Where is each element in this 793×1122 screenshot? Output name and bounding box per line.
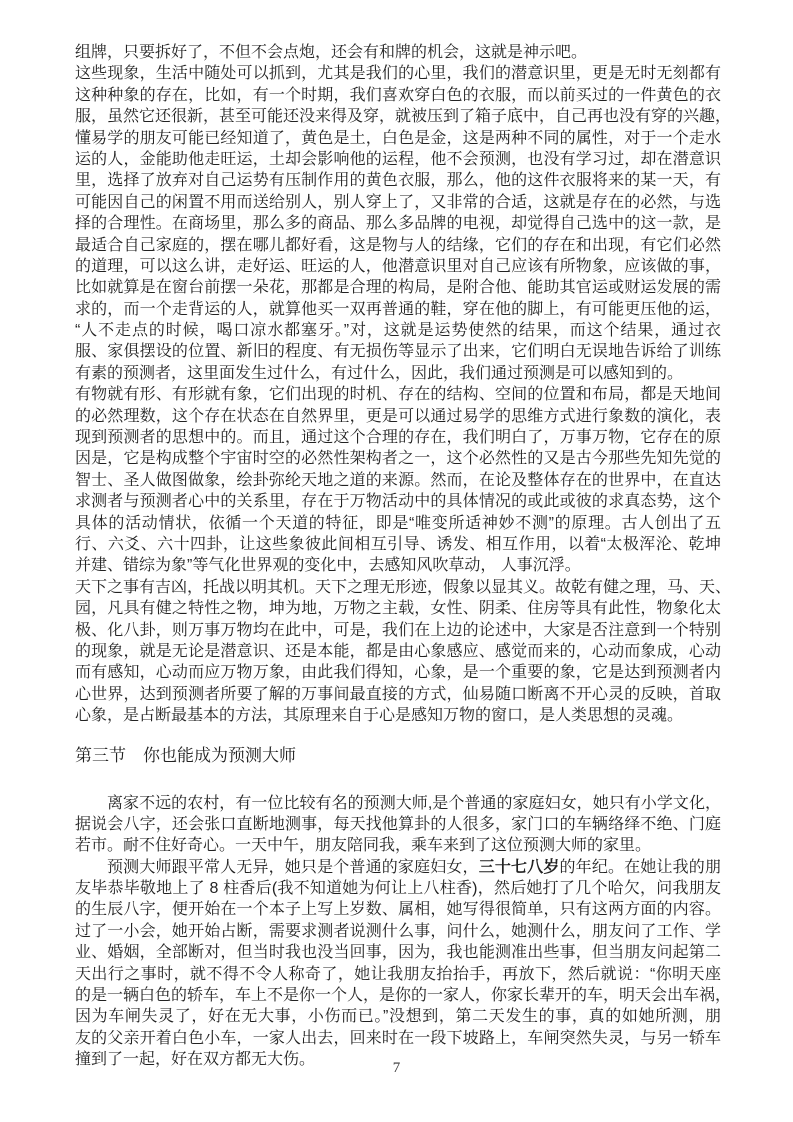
body-text-part2: 离家不远的农村，有一位比较有名的预测大师,是个普通的家庭妇女，她只有小学文化，据… <box>75 793 721 1071</box>
text-line: 若市。耐不住好奇心。一天中午，朋友陪同我，乘车来到了这位预测大师的家里。 <box>75 835 721 856</box>
text-segment: 预测大师跟平常人无异，她只是个普通的家庭妇女， <box>107 859 479 876</box>
text-line: 比如就算是在窗台前摆一朵花，那都是合理的构局，是附合他、能助其官运或财运发展的需 <box>75 277 721 298</box>
text-segment: 的年纪。在她让我的朋 <box>560 859 721 876</box>
text-line: 里，选择了放弃对自己运势有压制作用的黄色衣服，那么，他的这件衣服将来的某一天，有 <box>75 170 721 191</box>
text-line: 这种种象的存在，比如，有一个时期，我们喜欢穿白色的衣服，而以前买过的一件黄色的衣 <box>75 85 721 106</box>
text-line: 智士、圣人做图做象，绘卦弥纶天地之道的来源。然而，在论及整体存在的世界中，在直达 <box>75 470 721 491</box>
text-line: 运的人，金能助他走旺运，土却会影响他的运程，他不会预测，也没有学习过，却在潜意识 <box>75 149 721 170</box>
text-line: 行、六爻、六十四卦，让这些象彼此间相互引导、诱发、相互作用，以着“太极浑沦、乾坤 <box>75 534 721 555</box>
text-line: 的是一辆白色的轿车，车上不是你一个人，是你的一家人，你家长辈开的车，明天会出车祸… <box>75 985 721 1006</box>
body-text-part1: 组牌，只要拆好了，不但不会点炮，还会有和牌的机会，这就是神示吧。这些现象，生活中… <box>75 42 721 727</box>
text-line: 这些现象，生活中随处可以抓到，尤其是我们的心里，我们的潜意识里，更是无时无刻都有 <box>75 63 721 84</box>
text-line: 最适合自己家庭的，摆在哪儿都好看，这是物与人的结缘，它们的存在和出现，有它们必然 <box>75 235 721 256</box>
text-line: 的必然理数，这个存在状态在自然界里，更是可以通过易学的思维方式进行象数的演化，表 <box>75 406 721 427</box>
text-line: 可能因自己的闲置不用而送给别人，别人穿上了，又非常的合适，这就是存在的必然，与选 <box>75 192 721 213</box>
text-line: 心象，是占断最基本的方法，其原理来自于心是感知万物的窗口，是人类思想的灵魂。 <box>75 705 721 726</box>
text-line: 服，虽然它还很新，甚至可能还没来得及穿，就被压到了箱子底中，自己再也没有穿的兴趣… <box>75 106 721 127</box>
text-line: 有素的预测者，这里面发生过什么，有过什么，因此，我们通过预测是可以感知到的。 <box>75 363 721 384</box>
text-line: 园，凡具有健之特性之物，坤为地，万物之主载，女性、阴柔、住房等具有此性，物象化太 <box>75 598 721 619</box>
text-line: 心世界，达到预测者所要了解的万事间最直接的方式，仙易随口断离不开心灵的反映，首取 <box>75 684 721 705</box>
page-number: 7 <box>0 1060 793 1077</box>
text-line: 有物就有形、有形就有象，它们出现的时机、存在的结构、空间的位置和布局，都是天地间 <box>75 384 721 405</box>
text-line: 的生辰八字，便开始在一个本子上写上岁数、属相，她写得很简单，只有这两方面的内容。 <box>75 899 721 920</box>
text-line: 现到预测者的思想中的。而且，通过这个合理的存在，我们明白了，万事万物，它存在的原 <box>75 427 721 448</box>
text-line: 因是，它是构成整个宇宙时空的必然性架构者之一，这个必然性的又是古今那些先知先觉的 <box>75 448 721 469</box>
section-heading: 第三节 你也能成为预测大师 <box>75 743 721 769</box>
text-line: 据说会八字，还会张口直断地测事，每天找他算卦的人很多，家门口的车辆络绎不绝、门庭 <box>75 814 721 835</box>
text-line: 组牌，只要拆好了，不但不会点炮，还会有和牌的机会，这就是神示吧。 <box>75 42 721 63</box>
text-flow: 组牌，只要拆好了，不但不会点炮，还会有和牌的机会，这就是神示吧。这些现象，生活中… <box>75 42 721 1071</box>
text-line: 极、化八卦，则万事万物均在此中，可是，我们在上边的论述中，大家是否注意到一个特别 <box>75 620 721 641</box>
text-line: 懂易学的朋友可能已经知道了，黄色是土，白色是金，这是两种不同的属性，对于一个走水 <box>75 128 721 149</box>
text-line: 择的合理性。在商场里，那么多的商品、那么多品牌的电视，却觉得自己选中的这一款，是 <box>75 213 721 234</box>
text-line: 天出行之事时，就不得不令人称奇了，她让我朋友抬抬手，再放下，然后就说：“你明天座 <box>75 964 721 985</box>
text-line: 离家不远的农村，有一位比较有名的预测大师,是个普通的家庭妇女，她只有小学文化， <box>75 793 721 814</box>
text-line: 具体的活动情状，依循一个天道的特征，即是“唯变所适神妙不测”的原理。古人创出了五 <box>75 513 721 534</box>
text-line: 求的，而一个走背运的人，就算他买一双再普通的鞋，穿在他的脚上，有可能更压他的运， <box>75 299 721 320</box>
text-line: 过了一小会，她开始占断，需要求测者说测什么事，问什么，她测什么，朋友问了工作、学 <box>75 921 721 942</box>
bold-text: 三十七八岁 <box>479 859 560 876</box>
text-line: 的道理，可以这么讲，走好运、旺运的人，他潜意识里对自己应该有所物象，应该做的事， <box>75 256 721 277</box>
document-page: 组牌，只要拆好了，不但不会点炮，还会有和牌的机会，这就是神示吧。这些现象，生活中… <box>0 0 793 1122</box>
text-line: “人不走点的时候，喝口凉水都塞牙。”对，这就是运势使然的结果，而这个结果，通过衣 <box>75 320 721 341</box>
text-line: 因为车闸失灵了，好在无大事，小伤而已。”没想到，第二天发生的事，真的如她所测，朋 <box>75 1006 721 1027</box>
text-line: 的现象，就是无论是潜意识、还是本能，都是由心象感应、感觉而来的，心动而象成，心动 <box>75 641 721 662</box>
text-line: 而有感知，心动而应万物万象，由此我们得知，心象，是一个重要的象，它是达到预测者内 <box>75 662 721 683</box>
text-line: 友毕恭毕敬地上了 8 柱香后(我不知道她为何让上八柱香)，然后她打了几个哈欠，问… <box>75 878 721 899</box>
text-line: 预测大师跟平常人无异，她只是个普通的家庭妇女，三十七八岁的年纪。在她让我的朋 <box>75 857 721 878</box>
text-line: 服、家俱摆设的位置、新旧的程度、有无损伤等显示了出来，它们明白无误地告诉给了训练 <box>75 341 721 362</box>
text-line: 求测者与预测者心中的关系里，存在于万物活动中的具体情况的或此或彼的求真态势，这个 <box>75 491 721 512</box>
text-line: 天下之事有吉凶，托战以明其机。天下之理无形迹，假象以显其义。故乾有健之理，马、天… <box>75 577 721 598</box>
text-line: 友的父亲开着白色小车，一家人出去，回来时在一段下坡路上，车闸突然失灵，与另一轿车 <box>75 1028 721 1049</box>
text-line: 并建、错综为象”等气化世界观的变化中，去感知风吹草动， 人事沉浮。 <box>75 555 721 576</box>
text-line: 业、婚姻，全部断对，但当时我也没当回事，因为，我也能测准出些事，但当朋友问起第二 <box>75 942 721 963</box>
